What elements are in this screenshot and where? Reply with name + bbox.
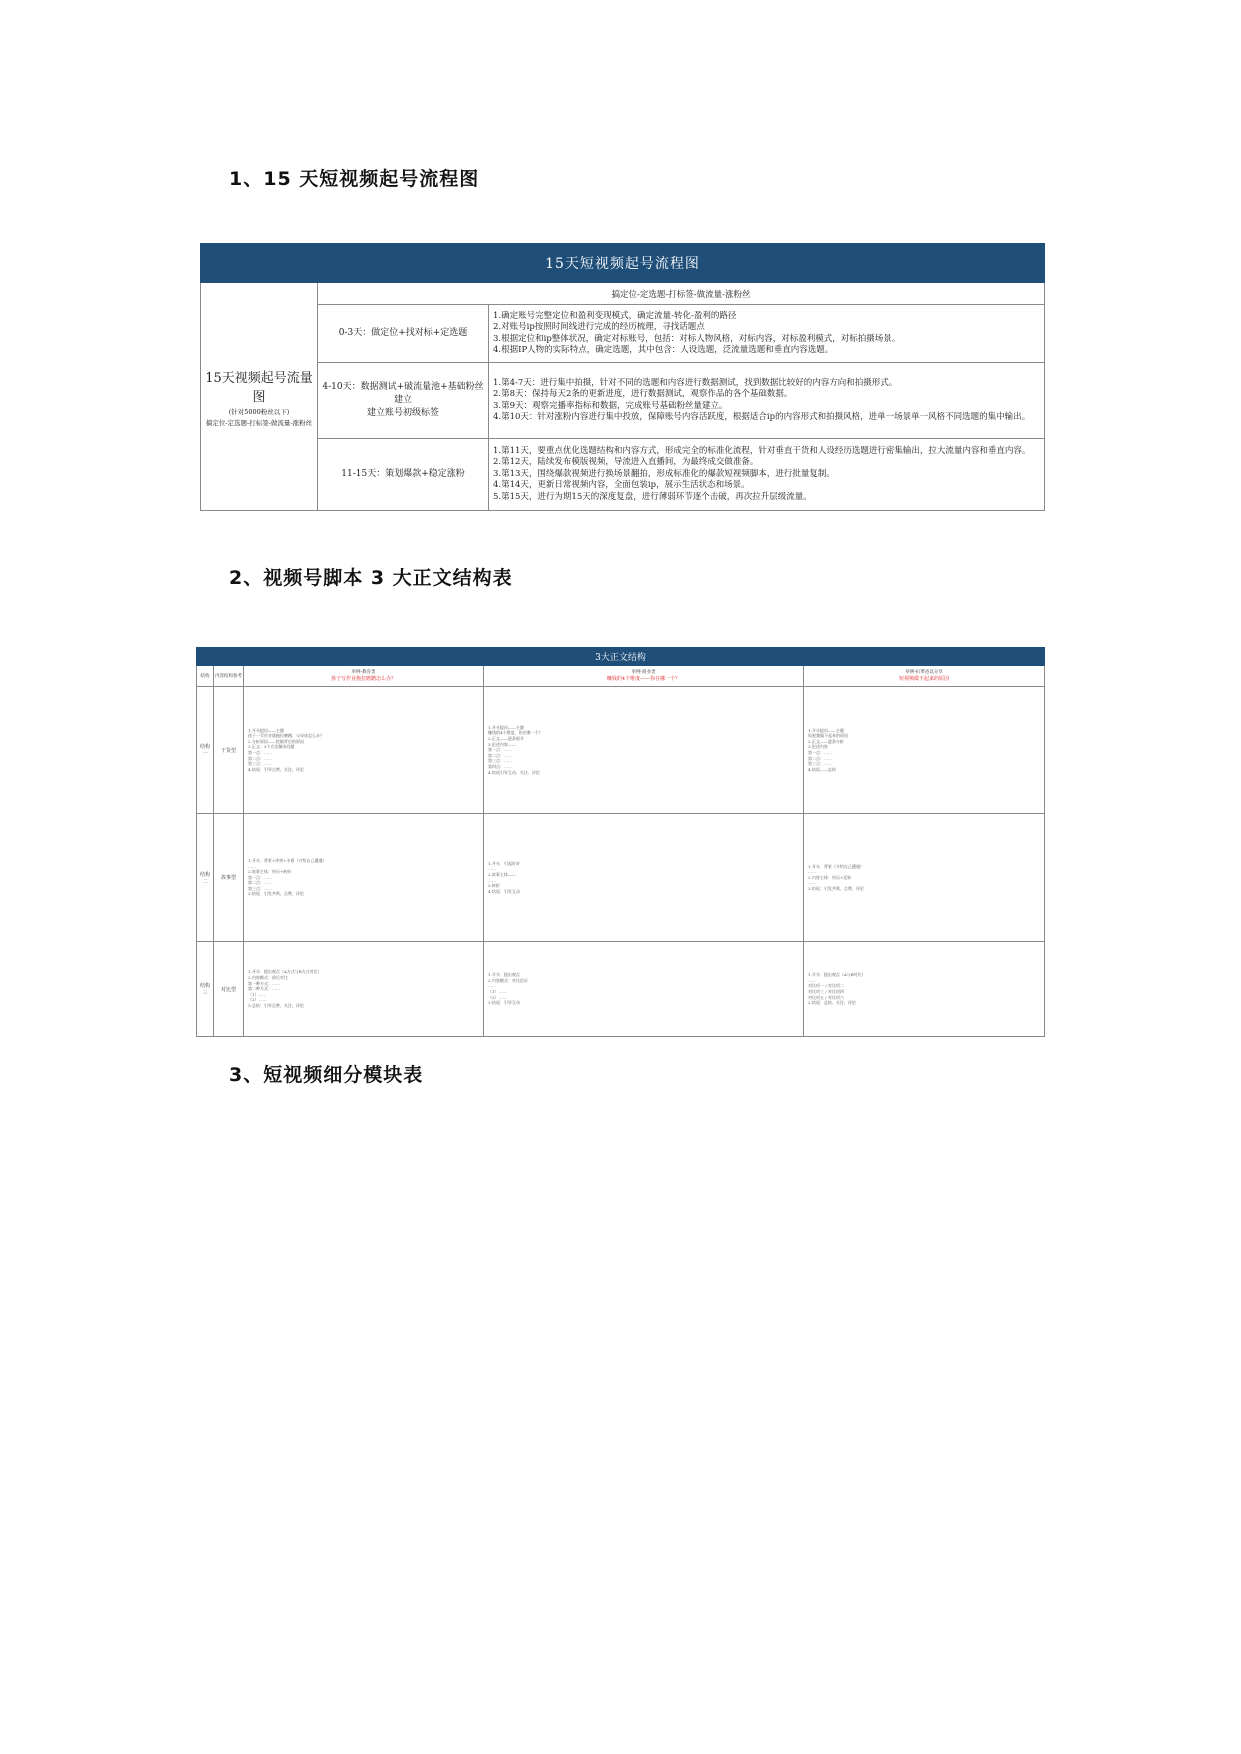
- col-header-example: 举例-扒爹爸以分享短视频做不起来的原因: [804, 666, 1045, 687]
- example-content-cell: 1.开头：提出观点2.内容模式：对比论证 …… （1）…… （2）……3.结尾：…: [484, 942, 804, 1037]
- table-header: 15天短视频起号流程图: [201, 244, 1045, 283]
- stage-label: 11-15天：策划爆款+稳定涨粉: [318, 439, 489, 511]
- content-line: 4.结尾引导互动、关注、评论: [488, 770, 799, 776]
- stage-label: 4-10天：数据测试+破流量池+基础粉丝建立 建立账号初级标签: [318, 363, 489, 439]
- section-title-1: 1、15 天短视频起号流程图: [229, 164, 479, 191]
- example-label: 举例-商业类: [631, 670, 655, 675]
- stage-item: 1.第4-7天：进行集中拍摄，针对不同的选题和内容进行数据测试，找到数据比较好的…: [493, 378, 1040, 390]
- example-question: 赚钱的4个维度——你在哪一个？: [485, 676, 802, 683]
- example-label: 举例-教育类: [351, 670, 375, 675]
- content-line: 4.结尾：引导点赞、关注、评论: [248, 767, 479, 773]
- stage-item: 4.第10天：针对涨粉内容进行集中投放，保障账号内容活跃度，根据适合ip的内容形…: [493, 412, 1040, 424]
- stage-item: 2.第12天，陆续发布模版视频，导流进入直播间，为最终成交做准备。: [493, 457, 1040, 469]
- table-row: 4-10天：数据测试+破流量池+基础粉丝建立 建立账号初级标签 1.第4-7天：…: [201, 363, 1045, 439]
- example-content-cell: 1.开头：背景（介绍自己遭遇） ……2.内容主体：经历+反转 ……3.结尾：引发…: [804, 814, 1045, 942]
- table-row: 11-15天：策划爆款+稳定涨粉 1.第11天，要重点优化选题结构和内容方式，形…: [201, 439, 1045, 511]
- content-line: 3.总结：引导点赞、关注、评论: [248, 1003, 479, 1009]
- content-line: 2.结尾：总结、关注、评论: [808, 1000, 1040, 1006]
- left-note: (针对5000粉丝以下): [202, 407, 316, 416]
- table-row: 结构二故事型1.开头：背景+冲突+矛盾（介绍自己遭遇） ……2.故事主体：经历+…: [197, 814, 1045, 942]
- stage-items: 1.第4-7天：进行集中拍摄，针对不同的选题和内容进行数据测试，找到数据比较好的…: [489, 363, 1045, 439]
- left-title-cell: 15天视频起号流量图 (针对5000粉丝以下) 搞定位-定选题-打标签-做流量-…: [201, 283, 318, 511]
- structure-type: 对比型: [214, 942, 244, 1037]
- structure-label: 结构二: [197, 814, 214, 942]
- example-content-cell: 1.开头：引起好奇 ……2.故事主体—— ……3.转折4.结尾：引发互动: [484, 814, 804, 942]
- col-header-struct: 结构: [197, 666, 214, 687]
- left-title: 15天视频起号流量图: [202, 367, 316, 405]
- example-content-cell: 1.开头提问——主题 短视频做不起来的原因2.正文——逐条分析3.论述内容 第一…: [804, 687, 1045, 814]
- stage-item: 3.第13天，围绕爆款视频进行换场景翻拍，形成标准化的爆款短视频脚本，进行批量复…: [493, 469, 1040, 481]
- stage-item: 4.根据IP人物的实际特点，确定选题，其中包含：人设选题，泛流量选题和垂直内容选…: [493, 345, 1040, 357]
- stage-item: 4.第14天，更新日常视频内容，全面包装ip，展示生活状态和场景。: [493, 480, 1040, 492]
- content-line: 3.结尾：引导互动: [488, 1000, 799, 1006]
- left-sub: 搞定位-定选题-打标签-做流量-涨粉丝: [202, 418, 316, 427]
- example-content-cell: 1.开头：提出观点（A方式与B方式对比）2.内容模式：前后对比 第一种方式：………: [244, 942, 484, 1037]
- stage-item: 1.第11天，要重点优化选题结构和内容方式，形成完全的标准化流程，针对垂直干货和…: [493, 446, 1040, 458]
- stage-item: 2.对账号ip按照时间线进行完成的经历梳理，寻找话题点: [493, 322, 1040, 334]
- structure-type: 干货型: [214, 687, 244, 814]
- stage-item: 3.根据定位和ip整体状况，确定对标账号，包括：对标人物风格，对标内容，对标盈利…: [493, 334, 1040, 346]
- stage-item: 2.第8天：保持每天2条的更新进度，进行数据测试，观察作品的各个基础数据。: [493, 389, 1040, 401]
- flowchart-table: 15天短视频起号流程图 15天视频起号流量图 (针对5000粉丝以下) 搞定位-…: [200, 243, 1045, 511]
- content-line: 3.结尾：引发共鸣、点赞、评论: [248, 891, 479, 897]
- example-content-cell: 1.开头提问——主题 孩子一写作业就拖拉磨蹭，父母该怎么办？2.分析原因——挖掘…: [244, 687, 484, 814]
- stage-items: 1.确定账号完整定位和盈利变现模式，确定流量-转化-盈利的路径 2.对账号ip按…: [489, 305, 1045, 363]
- col-header-example: 举例-教育类孩子写作业拖拉磨蹭怎么办？: [244, 666, 484, 687]
- stage-items: 1.第11天，要重点优化选题结构和内容方式，形成完全的标准化流程，针对垂直干货和…: [489, 439, 1045, 511]
- example-label: 举例-扒爹爸以分享: [905, 670, 943, 675]
- example-content-cell: 1.开头提问——主题 赚钱的4个维度，你在哪一个？2.正文——逐条展开3.论述内…: [484, 687, 804, 814]
- section-title-2: 2、视频号脚本 3 大正文结构表: [229, 563, 513, 590]
- example-question: 短视频做不起来的原因: [805, 676, 1043, 683]
- col-header-example: 举例-商业类赚钱的4个维度——你在哪一个？: [484, 666, 804, 687]
- stage-item: 1.确定账号完整定位和盈利变现模式，确定流量-转化-盈利的路径: [493, 311, 1040, 323]
- script-structure-table: 3大正文结构 结构 内容结构参考 举例-教育类孩子写作业拖拉磨蹭怎么办？ 举例-…: [196, 647, 1045, 1037]
- table-header: 3大正文结构: [197, 648, 1045, 666]
- content-line: 4.结尾：引发互动: [488, 889, 799, 895]
- content-line: 3.结尾：引发共鸣、点赞、评论: [808, 886, 1040, 892]
- stage-label-line: 4-10天：数据测试+破流量池+基础粉丝建立: [322, 381, 484, 407]
- structure-label: 结构一: [197, 687, 214, 814]
- stage-label: 0-3天：做定位+找对标+定选题: [318, 305, 489, 363]
- stage-label-line: 建立账号初级标签: [322, 407, 484, 420]
- stage-item: 5.第15天，进行为期15天的深度复盘，进行薄弱环节逐个击破，再次拉升层级流量。: [493, 492, 1040, 504]
- table-subheader: 搞定位-定选题-打标签-做流量-涨粉丝: [318, 283, 1045, 305]
- table-row: 0-3天：做定位+找对标+定选题 1.确定账号完整定位和盈利变现模式，确定流量-…: [201, 305, 1045, 363]
- structure-type: 故事型: [214, 814, 244, 942]
- example-content-cell: 1.开头：提出观点（A与B对比） …… 对比项一 / 对比项二 对比项三 / 对…: [804, 942, 1045, 1037]
- example-question: 孩子写作业拖拉磨蹭怎么办？: [245, 676, 482, 683]
- table-row: 结构三对比型1.开头：提出观点（A方式与B方式对比）2.内容模式：前后对比 第一…: [197, 942, 1045, 1037]
- table-row: 结构一干货型1.开头提问——主题 孩子一写作业就拖拉磨蹭，父母该怎么办？2.分析…: [197, 687, 1045, 814]
- stage-item: 3.第9天：观察完播率指标和数据，完成账号基础粉丝量建立。: [493, 401, 1040, 413]
- col-header-ref: 内容结构参考: [214, 666, 244, 687]
- structure-label: 结构三: [197, 942, 214, 1037]
- example-content-cell: 1.开头：背景+冲突+矛盾（介绍自己遭遇） ……2.故事主体：经历+转折 第一点…: [244, 814, 484, 942]
- content-line: 4.结尾——总结: [808, 767, 1040, 773]
- section-title-3: 3、短视频细分模块表: [229, 1060, 423, 1087]
